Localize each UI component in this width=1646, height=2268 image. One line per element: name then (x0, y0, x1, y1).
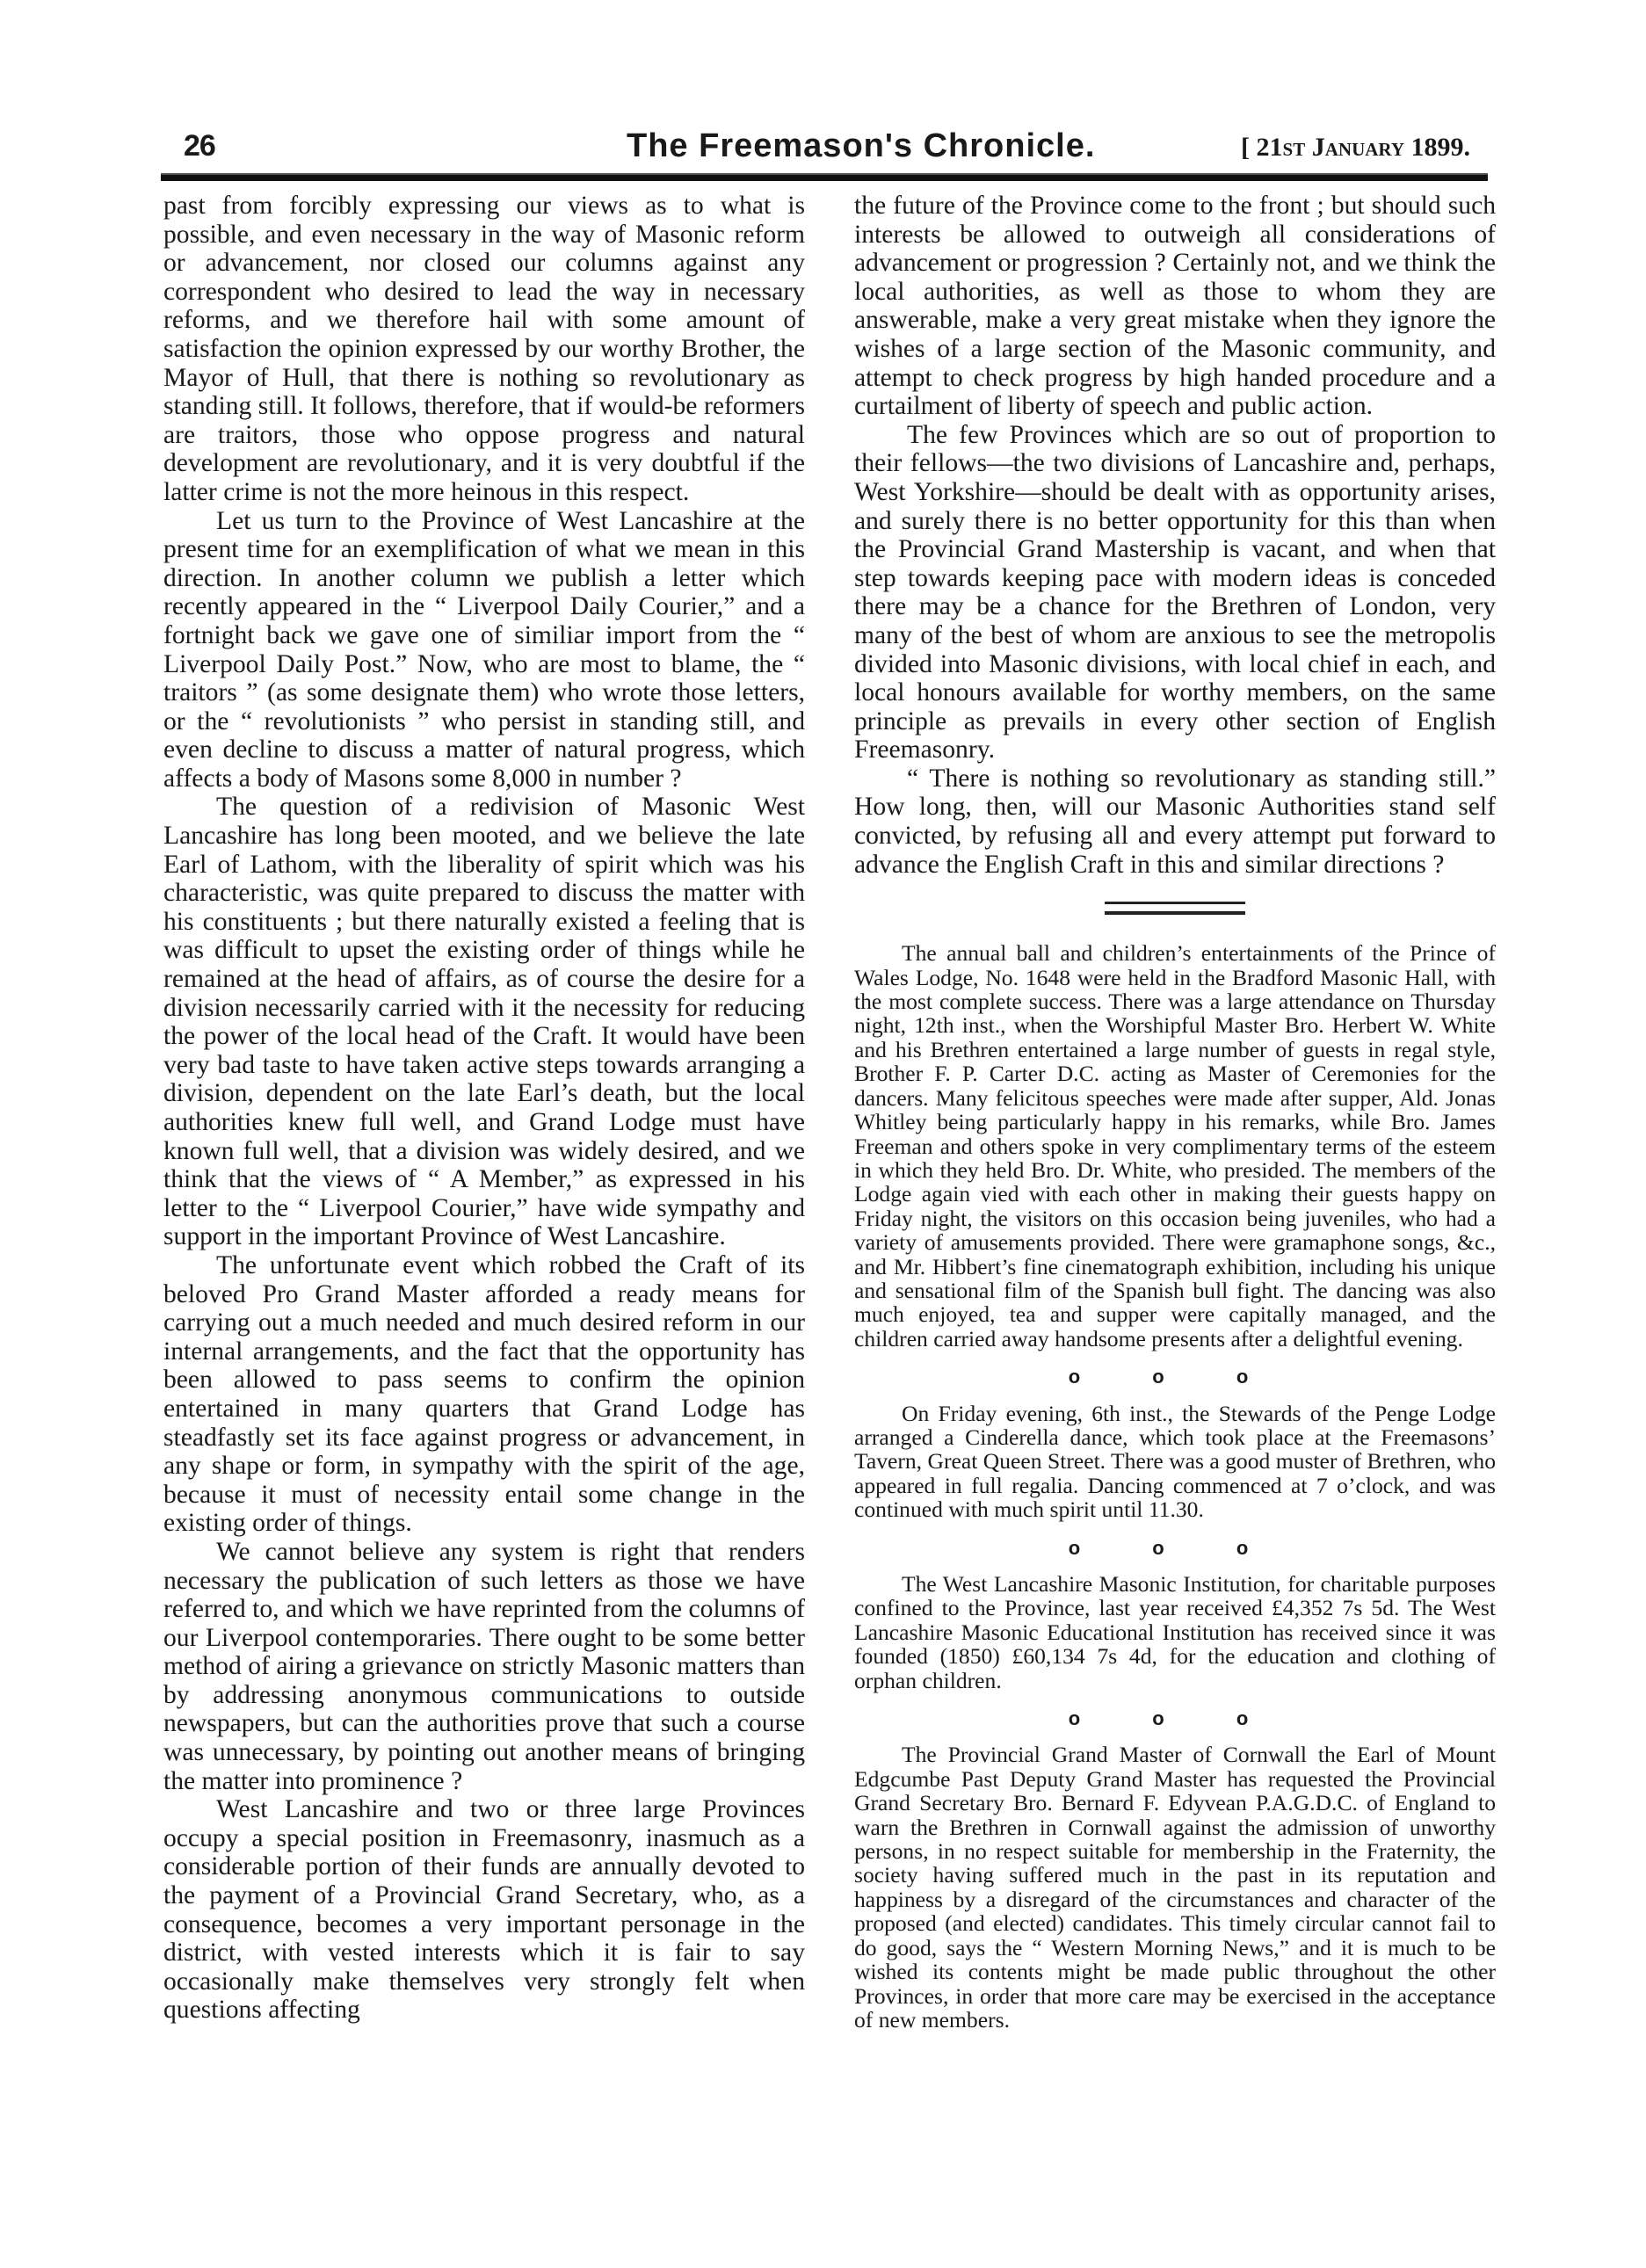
masthead-rule (161, 173, 1488, 181)
article-paragraph: West Lancashire and two or three large P… (163, 1795, 805, 2025)
newspaper-page: 26 The Freemason's Chronicle. [ 21st Jan… (0, 0, 1646, 2268)
issue-date: [ 21st January 1899. (1241, 133, 1470, 163)
page-number: 26 (184, 129, 215, 163)
article-paragraph: Let us turn to the Province of West Lanc… (163, 507, 805, 793)
article-paragraph: We cannot believe any system is right th… (163, 1538, 805, 1795)
news-item: The Provincial Grand Master of Cornwall … (854, 1743, 1496, 2032)
article-paragraph: the future of the Province come to the f… (854, 192, 1496, 421)
article-paragraph: The unfortunate event which robbed the C… (163, 1251, 805, 1538)
news-item: The West Lancashire Masonic Institution,… (854, 1572, 1496, 1692)
issue-date-suffix: st January 1899. (1283, 133, 1470, 162)
ornament-separator: o o o (854, 1706, 1496, 1730)
article-paragraph: The few Provinces which are so out of pr… (854, 421, 1496, 764)
issue-date-prefix: [ 21 (1241, 133, 1283, 162)
news-item: On Friday evening, 6th inst., the Stewar… (854, 1402, 1496, 1522)
news-items: The annual ball and children’s entertain… (854, 941, 1496, 2032)
ornament-separator: o o o (854, 1536, 1496, 1560)
left-column: past from forcibly expressing our views … (163, 192, 805, 2025)
section-divider (1105, 902, 1245, 915)
right-column: the future of the Province come to the f… (854, 192, 1496, 2032)
ornament-separator: o o o (854, 1365, 1496, 1388)
article-paragraph: past from forcibly expressing our views … (163, 192, 805, 507)
news-item: The annual ball and children’s entertain… (854, 941, 1496, 1351)
article-paragraph: “ There is nothing so revolutionary as s… (854, 764, 1496, 879)
publication-title: The Freemason's Chronicle. (627, 127, 1095, 165)
masthead: 26 The Freemason's Chronicle. [ 21st Jan… (161, 127, 1488, 171)
article-paragraph: The question of a redivision of Masonic … (163, 793, 805, 1251)
